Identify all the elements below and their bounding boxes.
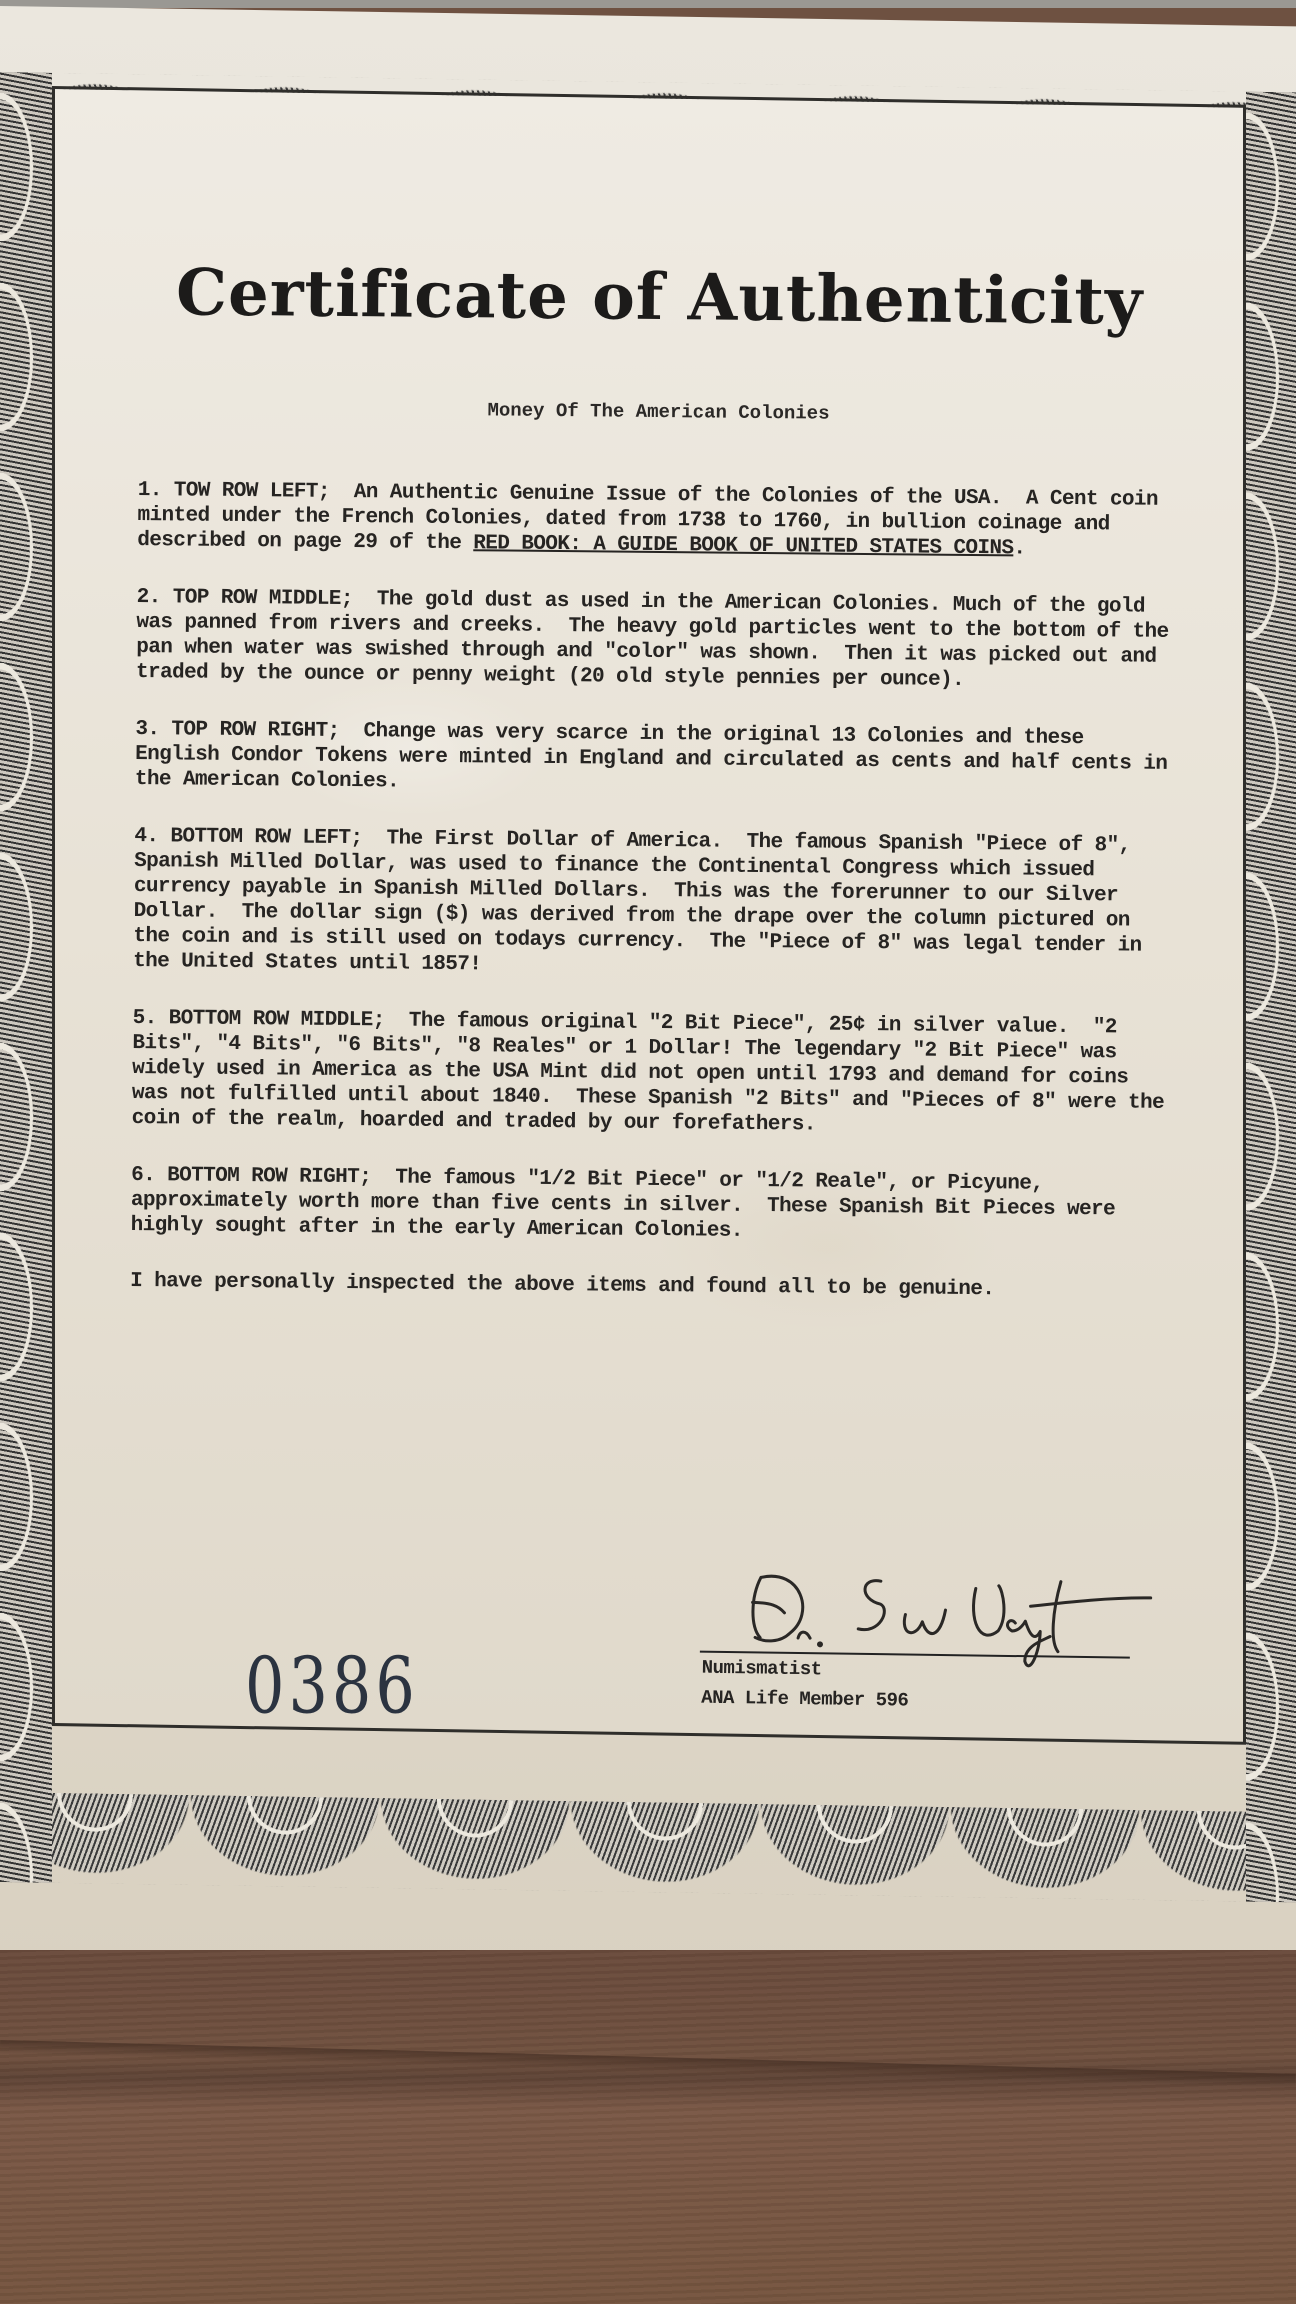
signer-membership: ANA Life Member 596	[701, 1687, 908, 1712]
item-heading: BOTTOM ROW LEFT;	[170, 825, 362, 850]
item-heading: BOTTOM ROW MIDDLE;	[169, 1007, 385, 1032]
border-bottom-scallops	[0, 1792, 1296, 1902]
signature-block: Numismatist ANA Life Member 596	[699, 1557, 1181, 1734]
item-text: The First Dollar of America. The famous …	[133, 827, 1154, 976]
item-number: 1.	[138, 479, 162, 502]
red-book-reference: RED BOOK: A GUIDE BOOK OF UNITED STATES …	[473, 532, 1013, 560]
wood-surface	[0, 1950, 1296, 2304]
item-number: 6.	[131, 1164, 155, 1187]
certificate-body: Certificate of Authenticity Money Of The…	[130, 255, 1180, 1303]
item-1: 1. TOW ROW LEFT; An Authentic Genuine Is…	[137, 478, 1178, 563]
certificate-subtitle: Money Of The American Colonies	[138, 396, 1178, 446]
item-3: 3. TOP ROW RIGHT; Change was very scarce…	[135, 717, 1176, 802]
border-right-scallops	[1246, 92, 1296, 1903]
border-left-scallops	[0, 72, 52, 1883]
item-number: 4.	[134, 825, 158, 848]
item-text-end: .	[1013, 537, 1025, 560]
item-6: 6. BOTTOM ROW RIGHT; The famous "1/2 Bit…	[131, 1163, 1172, 1248]
certificate-title: Certificate of Authenticity	[139, 255, 1180, 380]
item-list: 1. TOW ROW LEFT; An Authentic Genuine Is…	[131, 478, 1178, 1248]
item-heading: TOP ROW RIGHT;	[171, 718, 339, 743]
item-4: 4. BOTTOM ROW LEFT; The First Dollar of …	[133, 824, 1174, 984]
item-number: 3.	[135, 718, 159, 741]
item-2: 2. TOP ROW MIDDLE; The gold dust as used…	[136, 585, 1177, 695]
item-heading: BOTTOM ROW RIGHT;	[167, 1164, 371, 1189]
serial-number: 0386	[245, 1640, 419, 1731]
item-5: 5. BOTTOM ROW MIDDLE; The famous origina…	[132, 1006, 1173, 1141]
item-heading: TOW ROW LEFT;	[174, 479, 330, 503]
item-number: 2.	[137, 586, 161, 609]
item-heading: TOP ROW MIDDLE;	[173, 586, 353, 611]
frame-top-edge	[0, 0, 1296, 8]
signer-title: Numismatist	[702, 1657, 822, 1681]
item-number: 5.	[133, 1007, 157, 1030]
